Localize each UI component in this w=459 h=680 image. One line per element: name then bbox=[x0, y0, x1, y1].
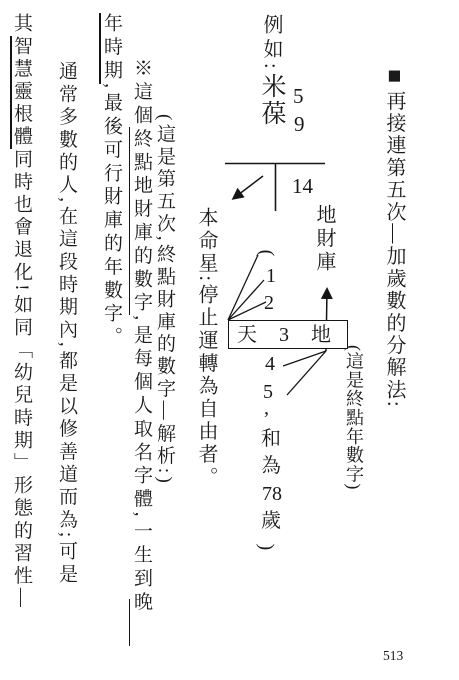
heading-annotation: (這是終點年數字) bbox=[345, 345, 363, 490]
stack-open-paren: ( bbox=[256, 250, 276, 257]
analysis-note: (這是第五次,終點財庫的數字—解析:) bbox=[155, 114, 174, 486]
fan-line-left-1 bbox=[228, 255, 258, 320]
fan-line-left-3 bbox=[228, 302, 266, 320]
stack-number-1: 1 bbox=[266, 266, 276, 286]
emphasis-line-treasury-number bbox=[129, 127, 131, 315]
fan-line-right-2 bbox=[287, 351, 326, 395]
paragraph-2-column-1: 通常多數的人,在這段時期內,都是以修善道而為;可是 bbox=[57, 61, 76, 586]
fan-line-left-2 bbox=[228, 280, 264, 320]
stack-comma: , bbox=[264, 398, 269, 418]
stack-age-78: 78 bbox=[262, 484, 282, 504]
stack-close-paren: ) bbox=[256, 544, 276, 551]
fan-line-right-1 bbox=[283, 351, 326, 366]
heaven-earth-box: 天 3 地 bbox=[228, 320, 348, 349]
paragraph-2-column-2: 其智慧靈根體同時也會退化!如同「幼兒時期」形態的習性— bbox=[12, 13, 31, 611]
stack-number-2: 2 bbox=[264, 293, 274, 313]
stack-he: 和 bbox=[261, 429, 281, 449]
stack-wei: 為 bbox=[261, 456, 281, 476]
page-number: 513 bbox=[383, 649, 403, 663]
arrow-to-main-star-icon bbox=[234, 176, 263, 198]
box-heaven-label: 天 bbox=[237, 325, 257, 345]
earth-treasury-label: 地財庫 bbox=[314, 204, 334, 275]
main-star-line: 本命星:停止運轉為自由者。 bbox=[196, 207, 216, 489]
section-heading: ■再接連第五次—加歲數的分解法: bbox=[383, 63, 406, 409]
paragraph-1-column-2: 年時期,最後可行財庫的年數字。 bbox=[102, 13, 121, 350]
box-number-3: 3 bbox=[279, 325, 289, 345]
emphasis-line-year-period bbox=[99, 13, 101, 84]
stack-sui: 歲 bbox=[261, 511, 281, 531]
example-label: 例如: bbox=[260, 14, 282, 73]
stack-number-4: 4 bbox=[265, 354, 275, 374]
emphasis-line-wisdom-root bbox=[10, 36, 12, 149]
stroke-count-bottom: 9 bbox=[294, 114, 305, 135]
box-earth-label: 地 bbox=[311, 325, 331, 345]
example-name: 米葆 bbox=[258, 73, 285, 127]
paragraph-1-column-1: ※這個終點地財庫的數字,是每個人取名字體,一生到晚 bbox=[132, 58, 151, 615]
example-column: 例如:米葆 bbox=[259, 14, 284, 127]
section-heading-text: 再接連第五次—加歲數的分解法: bbox=[383, 90, 405, 409]
stroke-count-top: 5 bbox=[293, 86, 304, 107]
section-marker-icon: ■ bbox=[382, 63, 407, 90]
stroke-sum: 14 bbox=[292, 176, 313, 197]
book-page: ■再接連第五次—加歲數的分解法: (這是終點年數字) 例如:米葆 5 9 14 … bbox=[0, 0, 459, 680]
emphasis-line-daowan bbox=[129, 599, 131, 646]
